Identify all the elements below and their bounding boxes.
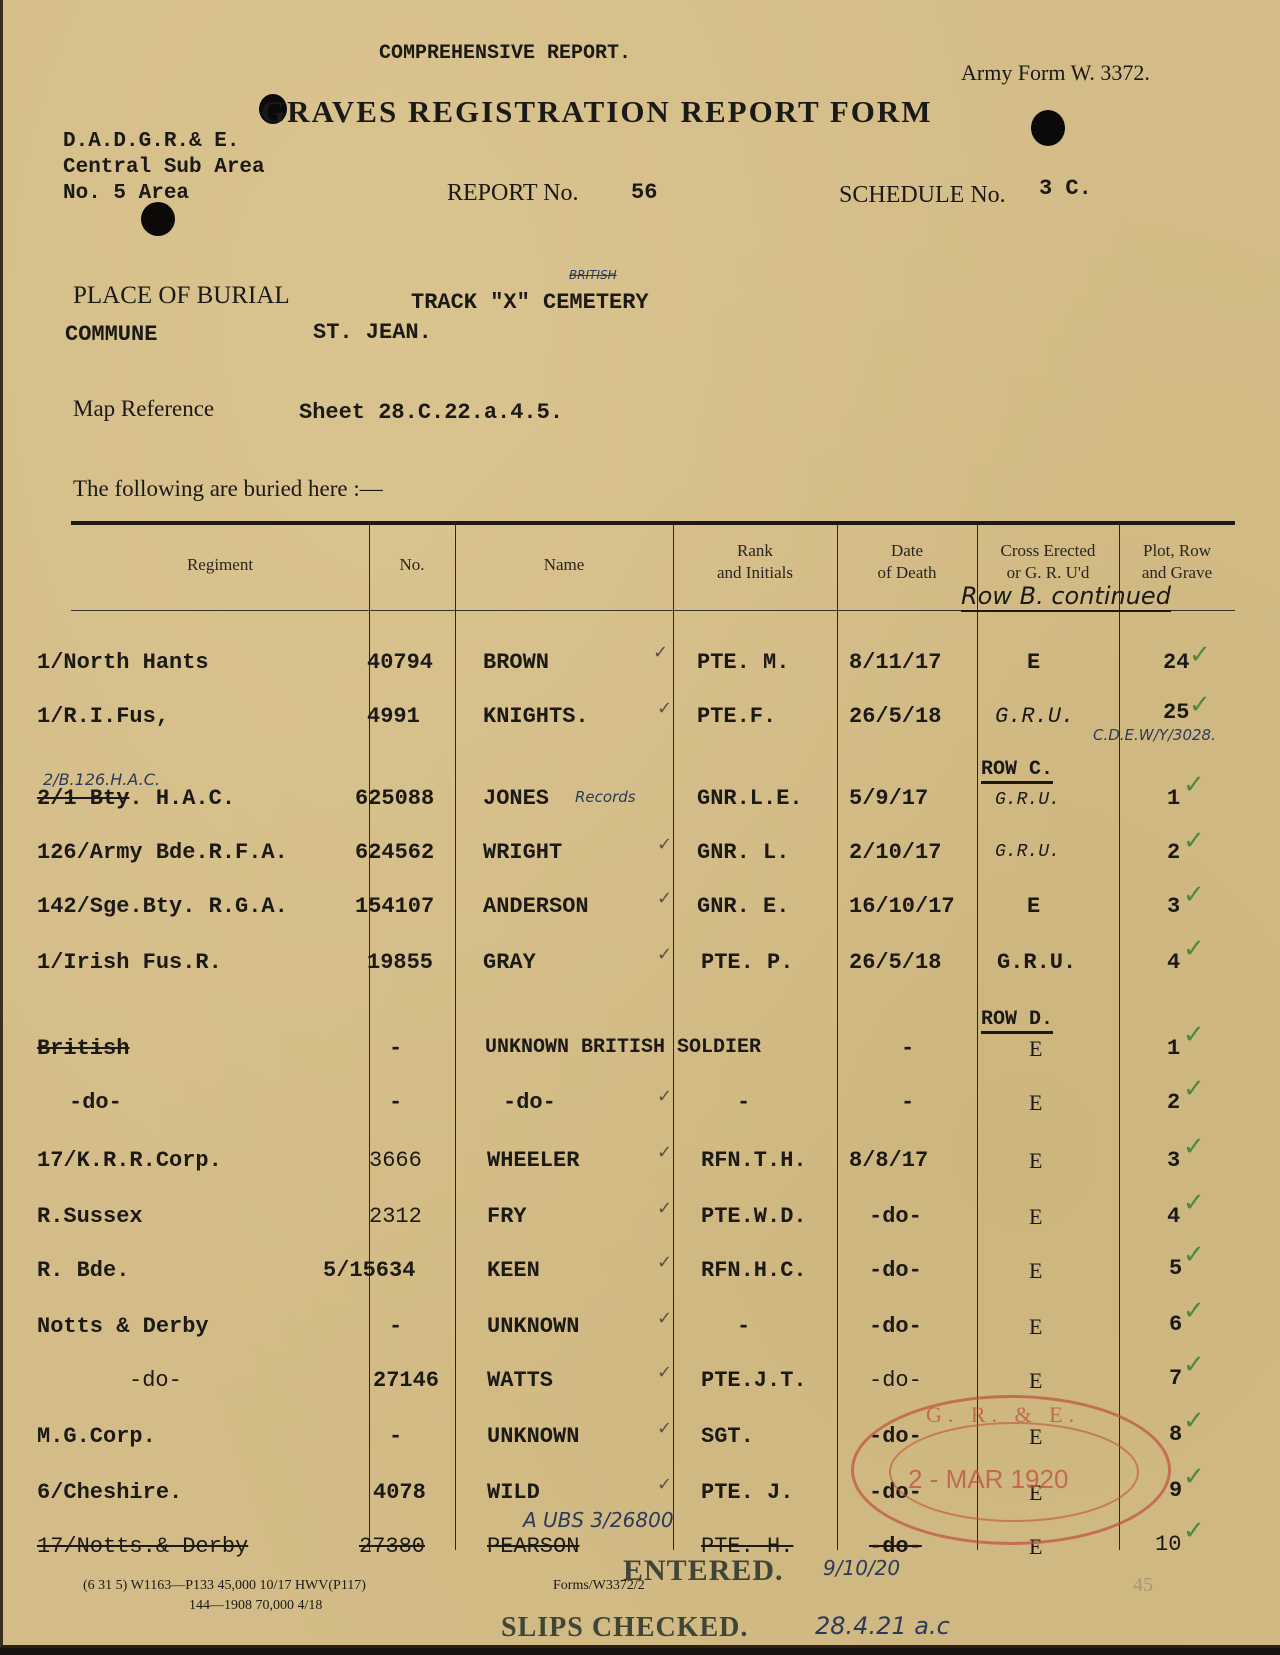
stamp-date-text: 2 - MAR 1920: [908, 1464, 1068, 1495]
grave-cell: 6: [1169, 1312, 1182, 1337]
pencil-tick-icon: ✓: [657, 1308, 672, 1329]
page-title: GRAVES REGISTRATION REPORT FORM: [261, 94, 933, 130]
regiment-cell: 17/Notts.& Derby: [37, 1534, 248, 1559]
grave-cell: 25: [1163, 700, 1189, 725]
schedule-number-label: SCHEDULE No.: [839, 182, 1006, 209]
header-plot-line2: and Grave: [1119, 562, 1235, 584]
grave-cell: 1: [1167, 786, 1180, 811]
place-annotation: BRITISH: [569, 268, 617, 282]
entered-stamp: ENTERED.: [623, 1554, 784, 1588]
no-cell: -: [389, 1424, 402, 1449]
check-mark-icon: ✓: [1183, 880, 1205, 910]
header-regiment-label: Regiment: [187, 555, 253, 574]
date-cell: 8/11/17: [849, 650, 941, 675]
name-cell: JONES: [483, 786, 549, 811]
slips-checked-stamp: SLIPS CHECKED.: [501, 1612, 748, 1644]
report-number-value: 56: [631, 180, 657, 205]
unit-line-2: Central Sub Area: [63, 156, 265, 179]
rank-cell: -: [737, 1314, 750, 1339]
cross-cell: E: [1029, 1368, 1042, 1394]
cross-cell: E: [1029, 1314, 1042, 1340]
pencil-tick-icon: ✓: [657, 1362, 672, 1383]
grave-cell: 10: [1155, 1532, 1181, 1557]
entered-note: 9/10/20: [823, 1556, 900, 1580]
date-cell: 2/10/17: [849, 840, 941, 865]
unit-line-3: No. 5 Area: [63, 182, 189, 205]
no-cell: 4078: [373, 1480, 426, 1505]
name-cell: BROWN: [483, 650, 549, 675]
regiment-cell: Notts & Derby: [37, 1314, 209, 1339]
comprehensive-report-heading: COMPREHENSIVE REPORT.: [379, 42, 631, 65]
army-form-number: Army Form W. 3372.: [961, 60, 1150, 86]
rank-cell: GNR.L.E.: [697, 786, 803, 811]
unit-line-1: D.A.D.G.R.& E.: [63, 130, 239, 153]
check-mark-icon: ✓: [1183, 1132, 1205, 1162]
pencil-tick-icon: ✓: [657, 1252, 672, 1273]
header-date-line2: of Death: [837, 562, 977, 584]
cross-cell: E: [1029, 1258, 1042, 1284]
print-line-1: (6 31 5) W1163—P133 45,000 10/17 HWV(P11…: [83, 1578, 366, 1594]
header-cross-line1: Cross Erected: [977, 540, 1119, 562]
date-cell: 5/9/17: [849, 786, 928, 811]
check-mark-icon: ✓: [1183, 1296, 1205, 1326]
regiment-cell: 1/R.I.Fus,: [37, 704, 169, 729]
grave-cell: 4: [1167, 1204, 1180, 1229]
rank-cell: -: [737, 1090, 750, 1115]
header-rank-line1: Rank: [673, 540, 837, 562]
no-cell: 27146: [373, 1368, 439, 1393]
regiment-cell: -do-: [69, 1090, 122, 1115]
place-of-burial-value: TRACK "X" CEMETERY: [411, 290, 649, 315]
name-cell: WILD: [487, 1480, 540, 1505]
table-top-rule: [71, 521, 1235, 525]
map-reference-label: Map Reference: [73, 396, 214, 422]
no-cell: -: [389, 1036, 402, 1061]
header-date-line1: Date: [837, 540, 977, 562]
no-cell: 40794: [367, 650, 433, 675]
header-annotation: Row B. continued: [961, 582, 1171, 612]
pencil-tick-icon: ✓: [657, 1198, 672, 1219]
regiment-cell: 142/Sge.Bty. R.G.A.: [37, 894, 288, 919]
header-no-label: No.: [399, 555, 424, 574]
commune-value: ST. JEAN.: [313, 320, 432, 345]
gre-date-stamp: G. R. & E. 2 - MAR 1920: [851, 1395, 1171, 1545]
check-mark-icon: ✓: [1183, 770, 1205, 800]
header-rank: Rankand Initials: [673, 540, 837, 584]
header-plot-line1: Plot, Row: [1119, 540, 1235, 562]
cross-cell: G.R.U.: [995, 842, 1060, 862]
correction-note: A UBS 3/26800: [523, 1508, 674, 1532]
punch-hole: [141, 202, 175, 236]
regiment-cell: -do-: [129, 1368, 182, 1393]
rank-cell: RFN.H.C.: [701, 1258, 807, 1283]
report-number-label: REPORT No.: [447, 180, 578, 207]
grave-cell: 3: [1167, 1148, 1180, 1173]
name-cell: FRY: [487, 1204, 527, 1229]
slips-checked-note: 28.4.21 a.c: [815, 1612, 950, 1640]
grave-cell: 8: [1169, 1422, 1182, 1447]
check-mark-icon: ✓: [1183, 826, 1205, 856]
pencil-tick-icon: ✓: [657, 834, 672, 855]
no-cell: 4991: [367, 704, 420, 729]
pencil-tick-icon: ✓: [653, 642, 668, 663]
rank-cell: RFN.T.H.: [701, 1148, 807, 1173]
no-cell: 27380: [359, 1534, 425, 1559]
date-cell: -do-: [869, 1314, 922, 1339]
check-mark-icon: ✓: [1183, 1462, 1205, 1492]
check-mark-icon: ✓: [1189, 690, 1211, 720]
date-cell: 16/10/17: [849, 894, 955, 919]
regiment-cell: 1/North Hants: [37, 650, 209, 675]
grave-cell: 7: [1169, 1366, 1182, 1391]
cross-cell: G.R.U.: [995, 790, 1060, 810]
rank-cell: PTE. P.: [701, 950, 793, 975]
name-cell: -do-: [503, 1090, 556, 1115]
name-cell: ANDERSON: [483, 894, 589, 919]
regiment-cell: British: [37, 1036, 129, 1061]
check-mark-icon: ✓: [1183, 1350, 1205, 1380]
header-regiment: Regiment: [71, 554, 369, 576]
buried-here-intro: The following are buried here :—: [73, 476, 383, 502]
pencil-tick-icon: ✓: [657, 1418, 672, 1439]
no-cell: 5/15634: [323, 1258, 415, 1283]
date-cell: -: [901, 1036, 914, 1061]
check-mark-icon: ✓: [1183, 934, 1205, 964]
rank-cell: PTE.W.D.: [701, 1204, 807, 1229]
no-cell: 625088: [355, 786, 434, 811]
grave-cell: 2: [1167, 840, 1180, 865]
grave-cell: 24: [1163, 650, 1189, 675]
header-plot: Plot, Rowand Grave: [1119, 540, 1235, 584]
pencil-tick-icon: ✓: [657, 944, 672, 965]
row-c-label: ROW C.: [981, 758, 1053, 784]
header-no: No.: [369, 554, 455, 576]
name-cell: UNKNOWN BRITISH SOLDIER: [485, 1036, 761, 1059]
no-cell: 624562: [355, 840, 434, 865]
pencil-tick-icon: ✓: [657, 1142, 672, 1163]
name-cell: WHEELER: [487, 1148, 579, 1173]
no-cell: -: [389, 1090, 402, 1115]
header-date: Dateof Death: [837, 540, 977, 584]
header-cross-line2: or G. R. U'd: [977, 562, 1119, 584]
check-mark-icon: ✓: [1183, 1188, 1205, 1218]
cross-cell: G.R.U.: [997, 950, 1076, 975]
schedule-number-value: 3 C.: [1039, 176, 1092, 201]
name-cell: GRAY: [483, 950, 536, 975]
rank-cell: PTE. M.: [697, 650, 789, 675]
no-cell: 3666: [369, 1148, 422, 1173]
cross-cell: E: [1029, 1148, 1042, 1174]
name-cell: WRIGHT: [483, 840, 562, 865]
map-reference-value: Sheet 28.C.22.a.4.5.: [299, 400, 563, 425]
regiment-cell: 1/Irish Fus.R.: [37, 950, 222, 975]
header-cross: Cross Erectedor G. R. U'd: [977, 540, 1119, 584]
form-page: COMPREHENSIVE REPORT. Army Form W. 3372.…: [0, 0, 1280, 1648]
regiment-remaining: . H.A.C.: [129, 786, 235, 811]
rank-cell: PTE.F.: [697, 704, 776, 729]
regiment-cell: R. Bde.: [37, 1258, 129, 1283]
name-cell: KNIGHTS.: [483, 704, 589, 729]
cross-cell: E: [1027, 894, 1040, 919]
cross-cell: E: [1029, 1204, 1042, 1230]
header-name: Name: [455, 554, 673, 576]
regiment-struck-part: 2/1 Bty: [37, 786, 129, 811]
page-mark: 45: [1133, 1574, 1153, 1597]
check-mark-icon: ✓: [1183, 1240, 1205, 1270]
cross-cell: E: [1029, 1036, 1042, 1062]
name-cell: PEARSON: [487, 1534, 579, 1559]
date-cell: -do-: [869, 1204, 922, 1229]
name-cell: UNKNOWN: [487, 1314, 579, 1339]
column-divider: [837, 525, 838, 1550]
header-name-label: Name: [544, 555, 585, 574]
pencil-tick-icon: ✓: [657, 1086, 672, 1107]
regiment-cell: 2/1 Bty. H.A.C.: [37, 786, 235, 811]
pencil-tick-icon: ✓: [657, 698, 672, 719]
stamp-top-text: G. R. & E.: [926, 1402, 1080, 1428]
grave-cell: 4: [1167, 950, 1180, 975]
regiment-cell: M.G.Corp.: [37, 1424, 156, 1449]
no-cell: 154107: [355, 894, 434, 919]
column-divider: [1119, 525, 1120, 1550]
date-cell: 26/5/18: [849, 950, 941, 975]
check-mark-icon: ✓: [1183, 1406, 1205, 1436]
header-rank-line2: and Initials: [673, 562, 837, 584]
grave-cell: 9: [1169, 1478, 1182, 1503]
column-divider: [455, 525, 456, 1550]
date-cell: -do-: [869, 1368, 922, 1393]
cross-cell: E: [1027, 650, 1040, 675]
no-cell: 2312: [369, 1204, 422, 1229]
check-mark-icon: ✓: [1183, 1074, 1205, 1104]
no-cell: -: [389, 1314, 402, 1339]
rank-cell: PTE. J.: [701, 1480, 793, 1505]
rank-cell: GNR. L.: [697, 840, 789, 865]
grave-cell: 5: [1169, 1256, 1182, 1281]
date-cell: -: [901, 1090, 914, 1115]
cross-cell: G.R.U.: [995, 704, 1074, 729]
rank-cell: GNR. E.: [697, 894, 789, 919]
cross-cell: E: [1029, 1090, 1042, 1116]
date-cell: 8/8/17: [849, 1148, 928, 1173]
no-cell: 19855: [367, 950, 433, 975]
grave-cell: 3: [1167, 894, 1180, 919]
regiment-cell: 126/Army Bde.R.F.A.: [37, 840, 288, 865]
check-mark-icon: ✓: [1183, 1020, 1205, 1050]
check-mark-icon: ✓: [1183, 1516, 1205, 1546]
row-d-label: ROW D.: [981, 1008, 1053, 1034]
column-divider: [369, 525, 370, 1550]
name-note: Records: [575, 788, 636, 806]
regiment-cell: 17/K.R.R.Corp.: [37, 1148, 222, 1173]
place-of-burial-label: PLACE OF BURIAL: [73, 282, 290, 310]
pencil-tick-icon: ✓: [657, 1474, 672, 1495]
check-mark-icon: ✓: [1189, 640, 1211, 670]
commune-label: COMMUNE: [65, 322, 157, 347]
rank-cell: PTE.J.T.: [701, 1368, 807, 1393]
pencil-tick-icon: ✓: [657, 888, 672, 909]
grave-cell: 1: [1167, 1036, 1180, 1061]
rank-cell: SGT.: [701, 1424, 754, 1449]
grave-cell: 2: [1167, 1090, 1180, 1115]
name-cell: KEEN: [487, 1258, 540, 1283]
print-line-2: 144—1908 70,000 4/18: [189, 1598, 322, 1614]
date-cell: -do-: [869, 1258, 922, 1283]
name-cell: UNKNOWN: [487, 1424, 579, 1449]
record-note: C.D.E.W/Y/3028.: [1093, 726, 1216, 744]
punch-hole: [1031, 110, 1065, 146]
date-cell: 26/5/18: [849, 704, 941, 729]
regiment-cell: R.Sussex: [37, 1204, 143, 1229]
regiment-cell: 6/Cheshire.: [37, 1480, 182, 1505]
name-cell: WATTS: [487, 1368, 553, 1393]
